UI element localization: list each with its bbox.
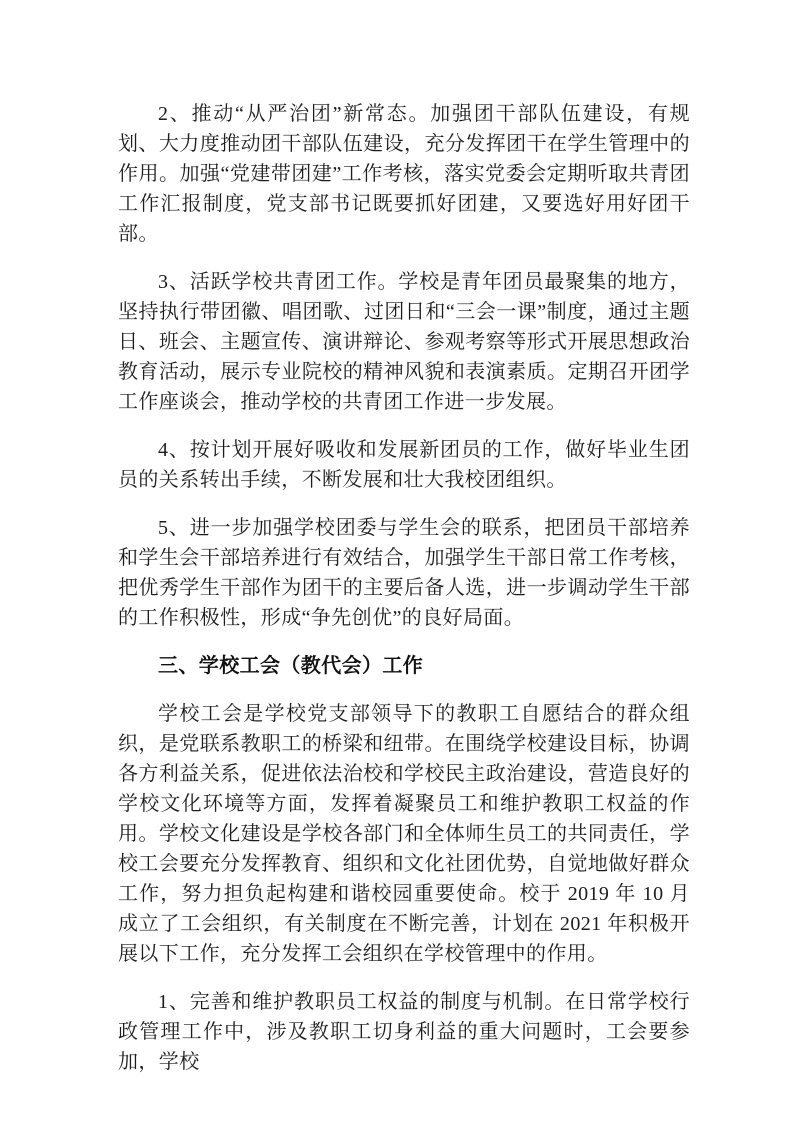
document-page: 2、推动“从严治团”新常态。加强团干部队伍建设，有规划、大力度推动团干部队伍建设… xyxy=(0,0,800,1131)
paragraph-union-overview: 学校工会是学校党支部领导下的教职工自愿结合的群众组织，是党联系教职工的桥梁和纽带… xyxy=(118,699,690,969)
paragraph-youth-league-item-2: 2、推动“从严治团”新常态。加强团干部队伍建设，有规划、大力度推动团干部队伍建设… xyxy=(118,99,690,249)
section-heading-school-union: 三、学校工会（教代会）工作 xyxy=(118,651,690,681)
paragraph-union-item-1: 1、完善和维护教职员工权益的制度与机制。在日常学校行政管理工作中，涉及教职工切身… xyxy=(118,987,690,1077)
paragraph-youth-league-item-5: 5、进一步加强学校团委与学生会的联系，把团员干部培养和学生会干部培养进行有效结合… xyxy=(118,513,690,633)
document-body: 2、推动“从严治团”新常态。加强团干部队伍建设，有规划、大力度推动团干部队伍建设… xyxy=(118,99,690,1095)
paragraph-youth-league-item-4: 4、按计划开展好吸收和发展新团员的工作，做好毕业生团员的关系转出手续，不断发展和… xyxy=(118,435,690,495)
paragraph-youth-league-item-3: 3、活跃学校共青团工作。学校是青年团员最聚集的地方，坚持执行带团徽、唱团歌、过团… xyxy=(118,267,690,417)
